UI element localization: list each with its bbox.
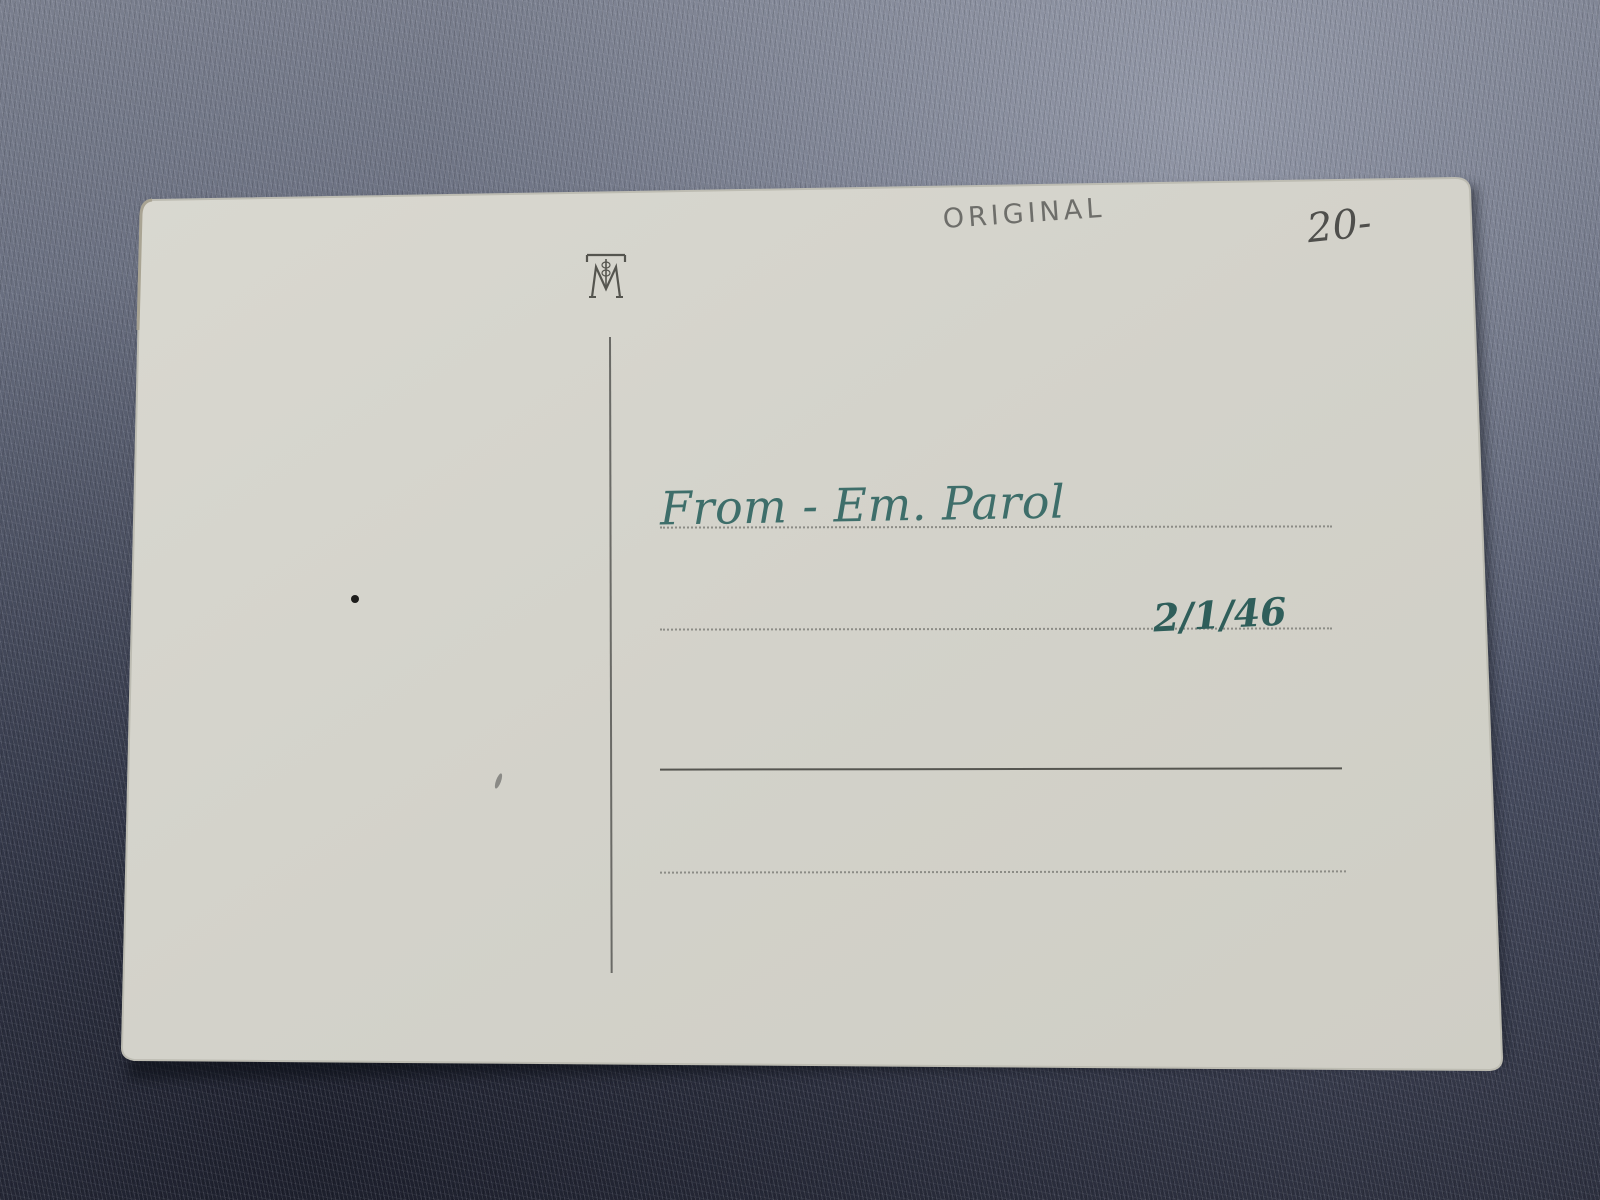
pencil-smudge-mark	[493, 773, 503, 790]
fabric-background	[0, 0, 1600, 1200]
postcard: ORIGINAL 20- From - Em. Parol 2/1/46	[0, 0, 1600, 1200]
ink-date-inscription: 2/1/46	[1152, 589, 1288, 641]
pencil-price-note: 20-	[1305, 200, 1374, 252]
address-line-2	[660, 627, 1332, 630]
postcard-card-shape	[0, 0, 1600, 1200]
ink-spot-mark	[351, 595, 359, 603]
address-line-1	[660, 525, 1332, 528]
postcard-divider-line	[609, 337, 613, 973]
ink-from-inscription: From - Em. Parol	[660, 474, 1066, 535]
pencil-original-note: ORIGINAL	[942, 193, 1106, 235]
address-line-4	[660, 870, 1346, 873]
publisher-monogram-icon	[584, 249, 628, 301]
address-line-3	[660, 767, 1342, 770]
